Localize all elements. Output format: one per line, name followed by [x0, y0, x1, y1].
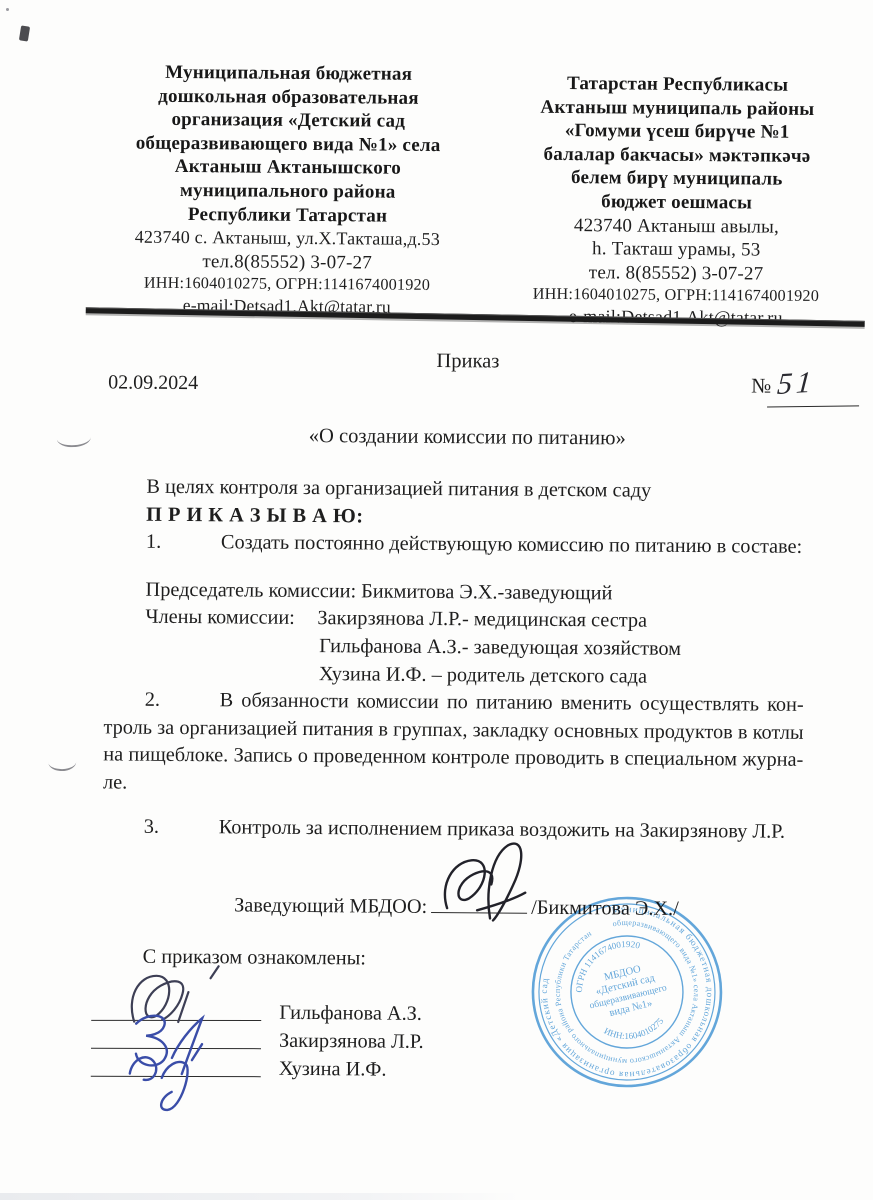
- letterhead-tatar: Татарстан Республикасы Актаныш муниципал…: [485, 71, 869, 329]
- item-1: 1.Создать постоянно действующую комиссию…: [105, 529, 805, 562]
- ack-name-2: Закирзянова Л.Р.: [279, 1030, 424, 1054]
- org-name-line: бюджет оешмасы: [486, 189, 868, 216]
- scan-edge-shadow: [0, 1193, 520, 1200]
- org-name-line: балалар бакчасы» мәктәпкәчә: [486, 142, 868, 169]
- org-name-line: Республики Татарстан: [97, 202, 477, 229]
- director-title: Заведующий МБДОО:: [234, 894, 427, 918]
- number-sign: №: [751, 373, 771, 397]
- item-3-text: Контроль за исполнением приказа воздожит…: [219, 816, 785, 842]
- document-sheet: Муниципальная бюджетная дошкольная образ…: [0, 0, 873, 1200]
- members-line-1: Члены комиссии:Закирзянова Л.Р.- медицин…: [104, 604, 804, 637]
- org-name-line: «Гомуми үсеш бирүче №1: [486, 119, 868, 146]
- ack-name-1: Гильфанова А.З.: [279, 1002, 422, 1026]
- item-2-number: 2.: [145, 687, 220, 715]
- order-date: 02.09.2024: [108, 371, 198, 395]
- item-3-number: 3.: [144, 813, 219, 841]
- order-number-underline: [767, 405, 859, 407]
- org-name-line: дошкольная образовательная: [98, 84, 478, 111]
- item-1-number: 1.: [146, 529, 221, 557]
- item-2-text: В обязанности комиссии по питанию вменит…: [220, 689, 804, 716]
- org-name-line: Муниципальная бюджетная: [99, 60, 479, 87]
- members-label: Члены комиссии:: [145, 604, 317, 633]
- round-stamp: Муниципальная бюджетная дошкольная образ…: [528, 893, 727, 1092]
- scanned-order-document: Муниципальная бюджетная дошкольная образ…: [0, 0, 873, 1200]
- org-address: 423740 с. Актаныш, ул.Х.Такташа,д.53: [97, 225, 477, 252]
- org-name-line: организация «Детский сад: [98, 108, 478, 135]
- member-1: Закирзянова Л.Р.- медицинская сестра: [317, 607, 647, 632]
- org-name-line: Татарстан Республикасы: [486, 71, 868, 98]
- org-name-line: Актаныш Актанышского: [98, 155, 478, 182]
- org-name-line: муниципального района: [98, 178, 478, 205]
- item-2-line-3: на пищеблоке. Запись о проведенном контр…: [103, 742, 803, 775]
- order-number: №51: [751, 370, 815, 399]
- org-phone: тел.8(85552) 3-07-27: [97, 249, 477, 276]
- org-name-line: общеразвивающего вида №1» села: [98, 131, 478, 158]
- org-phone: тел. 8(85552) 3-07-27: [485, 260, 867, 287]
- org-name-line: Актаныш муниципаль районы: [486, 95, 868, 122]
- org-name-line: белем бирү муниципаль: [486, 166, 868, 193]
- org-address: 423740 Актаныш авылы,: [485, 213, 867, 240]
- ack-name-3: Хузина И.Ф.: [279, 1058, 387, 1082]
- order-number-handwritten: 51: [776, 370, 816, 399]
- org-inn-ogrn: ИНН:1604010275, ОГРН:1141674001920: [97, 273, 477, 297]
- letterhead-russian: Муниципальная бюджетная дошкольная образ…: [97, 60, 479, 318]
- order-subject: «О создании комиссии по питанию»: [61, 423, 873, 452]
- item-1-text: Создать постоянно действующую комиссию п…: [221, 531, 802, 558]
- org-inn-ogrn: ИНН:1604010275, ОГРН:1141674001920: [485, 284, 867, 308]
- pen-mark-arc-2: [48, 753, 76, 772]
- order-body: В целях контроля за организацией питания…: [103, 473, 806, 846]
- org-street: һ. Такташ урамы, 53: [485, 237, 867, 264]
- ack-handwritten-signature-3: [115, 1037, 220, 1114]
